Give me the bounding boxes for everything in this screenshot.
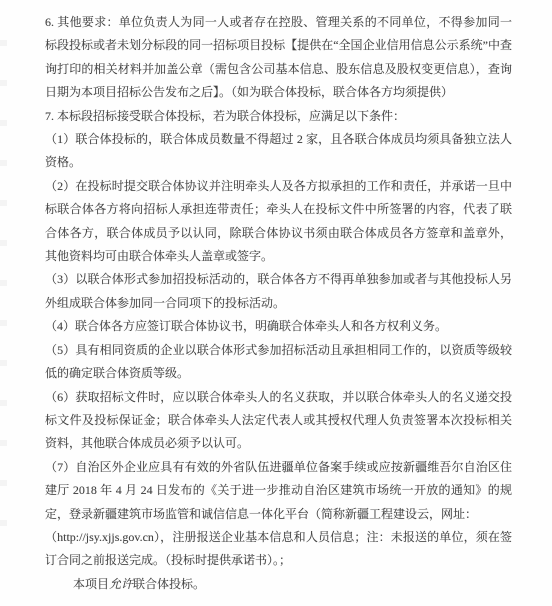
- closing-line: 本项目允许联合体投标。: [45, 573, 512, 596]
- closing-suffix: 联合体投标。: [133, 577, 205, 591]
- closing-prefix: 本项目: [73, 577, 109, 591]
- paragraph: 6. 其他要求：单位负责人为同一人或者存在控股、管理关系的不同单位，不得参加同一…: [45, 11, 512, 105]
- paragraph: 7. 本标段招标接受联合体投标，若为联合体投标，应满足以下条件：: [45, 105, 512, 128]
- paragraph: （4）联合体各方应签订联合体协议书，明确联合体牵头人和各方权利义务。: [45, 315, 512, 338]
- paragraph: （6）获取招标文件时，应以联合体牵头人的名义获取，并以联合体牵头人的名义递交投标…: [45, 386, 512, 456]
- paragraph: （3）以联合体形式参加招投标活动的，联合体各方不得再单独参加或者与其他投标人另外…: [45, 268, 512, 315]
- document-page: 6. 其他要求：单位负责人为同一人或者存在控股、管理关系的不同单位，不得参加同一…: [0, 0, 552, 606]
- closing-emphasis: 允许: [109, 577, 133, 591]
- paragraph: （1）联合体投标的，联合体成员数量不得超过 2 家，且各联合体成员均须具备独立法…: [45, 128, 512, 175]
- paragraph: （2）在投标时提交联合体协议并注明牵头人及各方拟承担的工作和责任，并承诺一旦中标…: [45, 175, 512, 269]
- paragraph-list: 6. 其他要求：单位负责人为同一人或者存在控股、管理关系的不同单位，不得参加同一…: [45, 11, 512, 573]
- paragraph: （http://jsy.xjjs.gov.cn），注册报送企业基本信息和人员信息…: [45, 526, 512, 573]
- paragraph: （7）自治区外企业应具有有效的外省队伍进疆单位备案手续或应按新疆维吾尔自治区住建…: [45, 456, 512, 526]
- paragraph: （5）具有相同资质的企业以联合体形式参加招标活动且承担相同工作的，以资质等级较低…: [45, 339, 512, 386]
